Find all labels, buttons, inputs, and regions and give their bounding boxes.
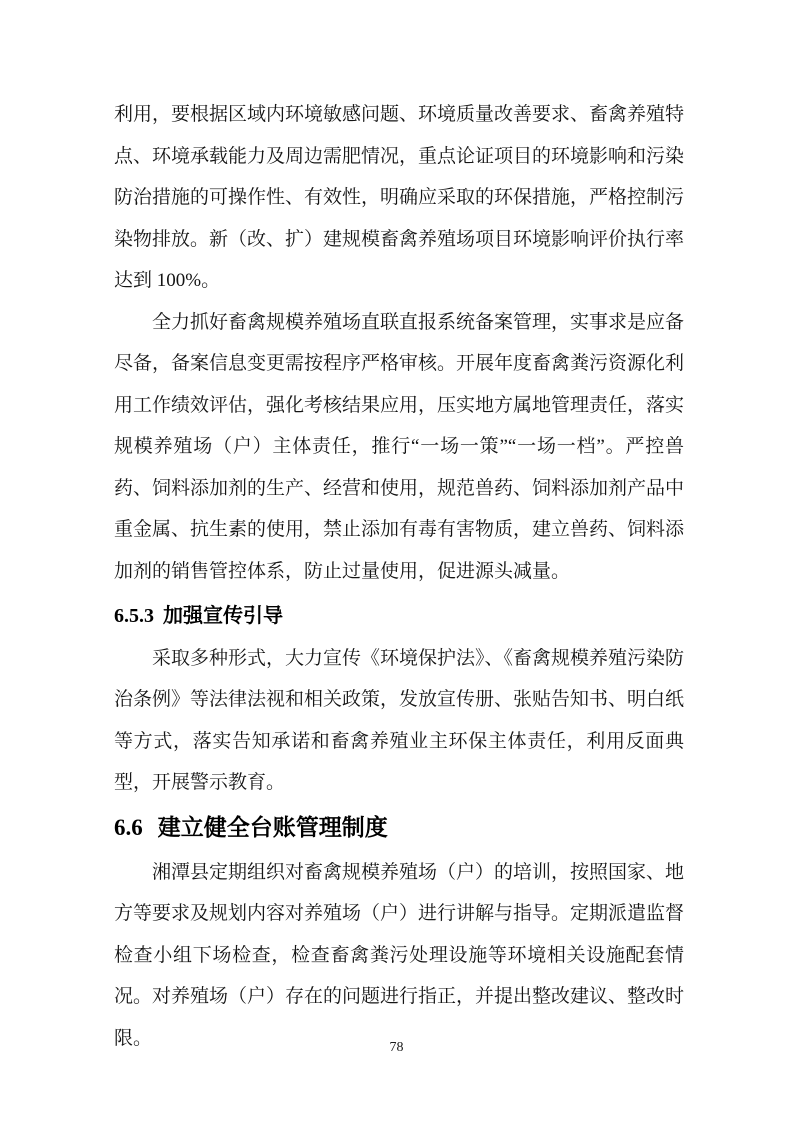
section-heading-6-5-3: 6.5.3加强宣传引导 (114, 596, 684, 638)
document-page: 利用，要根据区域内环境敏感问题、环境质量改善要求、畜禽养殖特点、环境承载能力及周… (0, 0, 793, 1122)
paragraph-record-management: 全力抓好畜禽规模养殖场直联直报系统备案管理，实事求是应备尽备，备案信息变更需按程… (114, 302, 684, 593)
section-heading-6-6: 6.6建立健全台账管理制度 (114, 804, 684, 852)
paragraph-publicity: 采取多种形式，大力宣传《环境保护法》、《畜禽规模养殖污染防治条例》等法律法视和相… (114, 638, 684, 804)
page-footer: 78 (0, 1038, 793, 1056)
paragraph-ledger-system: 湘潭县定期组织对畜禽规模养殖场（户）的培训，按照国家、地方等要求及规划内容对养殖… (114, 852, 684, 1060)
heading-title: 建立健全台账管理制度 (158, 815, 388, 840)
heading-title: 加强宣传引导 (163, 605, 283, 627)
paragraph-continuation: 利用，要根据区域内环境敏感问题、环境质量改善要求、畜禽养殖特点、环境承载能力及周… (114, 94, 684, 302)
heading-number: 6.5.3 (114, 605, 154, 627)
page-number: 78 (390, 1040, 404, 1055)
heading-number: 6.6 (114, 815, 143, 840)
